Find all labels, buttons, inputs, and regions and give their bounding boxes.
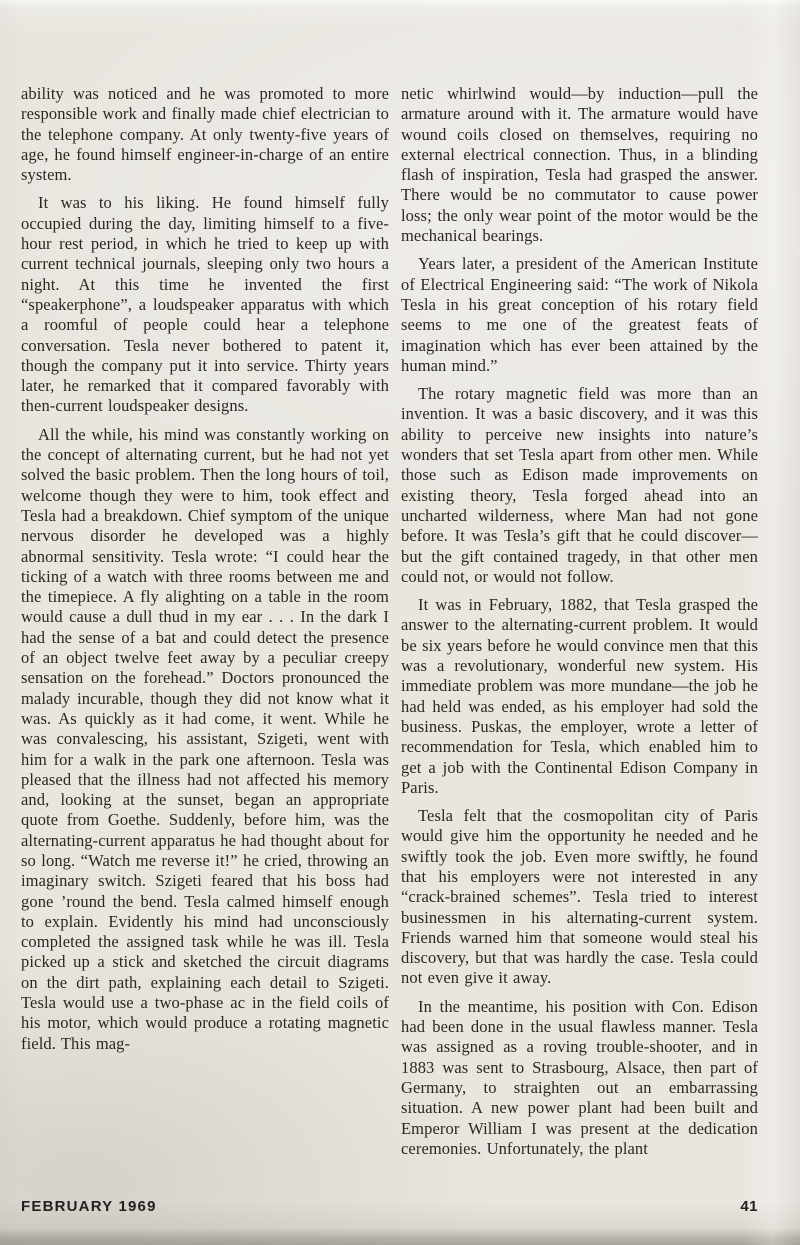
- text-column-left: ability was noticed and he was promoted …: [21, 84, 389, 1167]
- article-body: ability was noticed and he was promoted …: [21, 84, 758, 1167]
- magazine-page: ability was noticed and he was promoted …: [0, 0, 800, 1245]
- paragraph: Tesla felt that the cosmopolitan city of…: [401, 806, 758, 989]
- paragraph: netic whirlwind would—by induction—pull …: [401, 84, 758, 246]
- paragraph: It was in February, 1882, that Tesla gra…: [401, 595, 758, 798]
- paragraph: All the while, his mind was constantly w…: [21, 425, 389, 1054]
- paragraph: In the meantime, his position with Con. …: [401, 997, 758, 1159]
- text-column-right: netic whirlwind would—by induction—pull …: [401, 84, 758, 1167]
- paragraph: ability was noticed and he was promoted …: [21, 84, 389, 185]
- paragraph: It was to his liking. He found himself f…: [21, 193, 389, 416]
- paragraph: The rotary magnetic field was more than …: [401, 384, 758, 587]
- page-footer: FEBRUARY 1969 41: [21, 1198, 758, 1215]
- footer-issue-date: FEBRUARY 1969: [21, 1198, 157, 1215]
- paragraph: Years later, a president of the American…: [401, 254, 758, 376]
- footer-page-number: 41: [740, 1198, 758, 1215]
